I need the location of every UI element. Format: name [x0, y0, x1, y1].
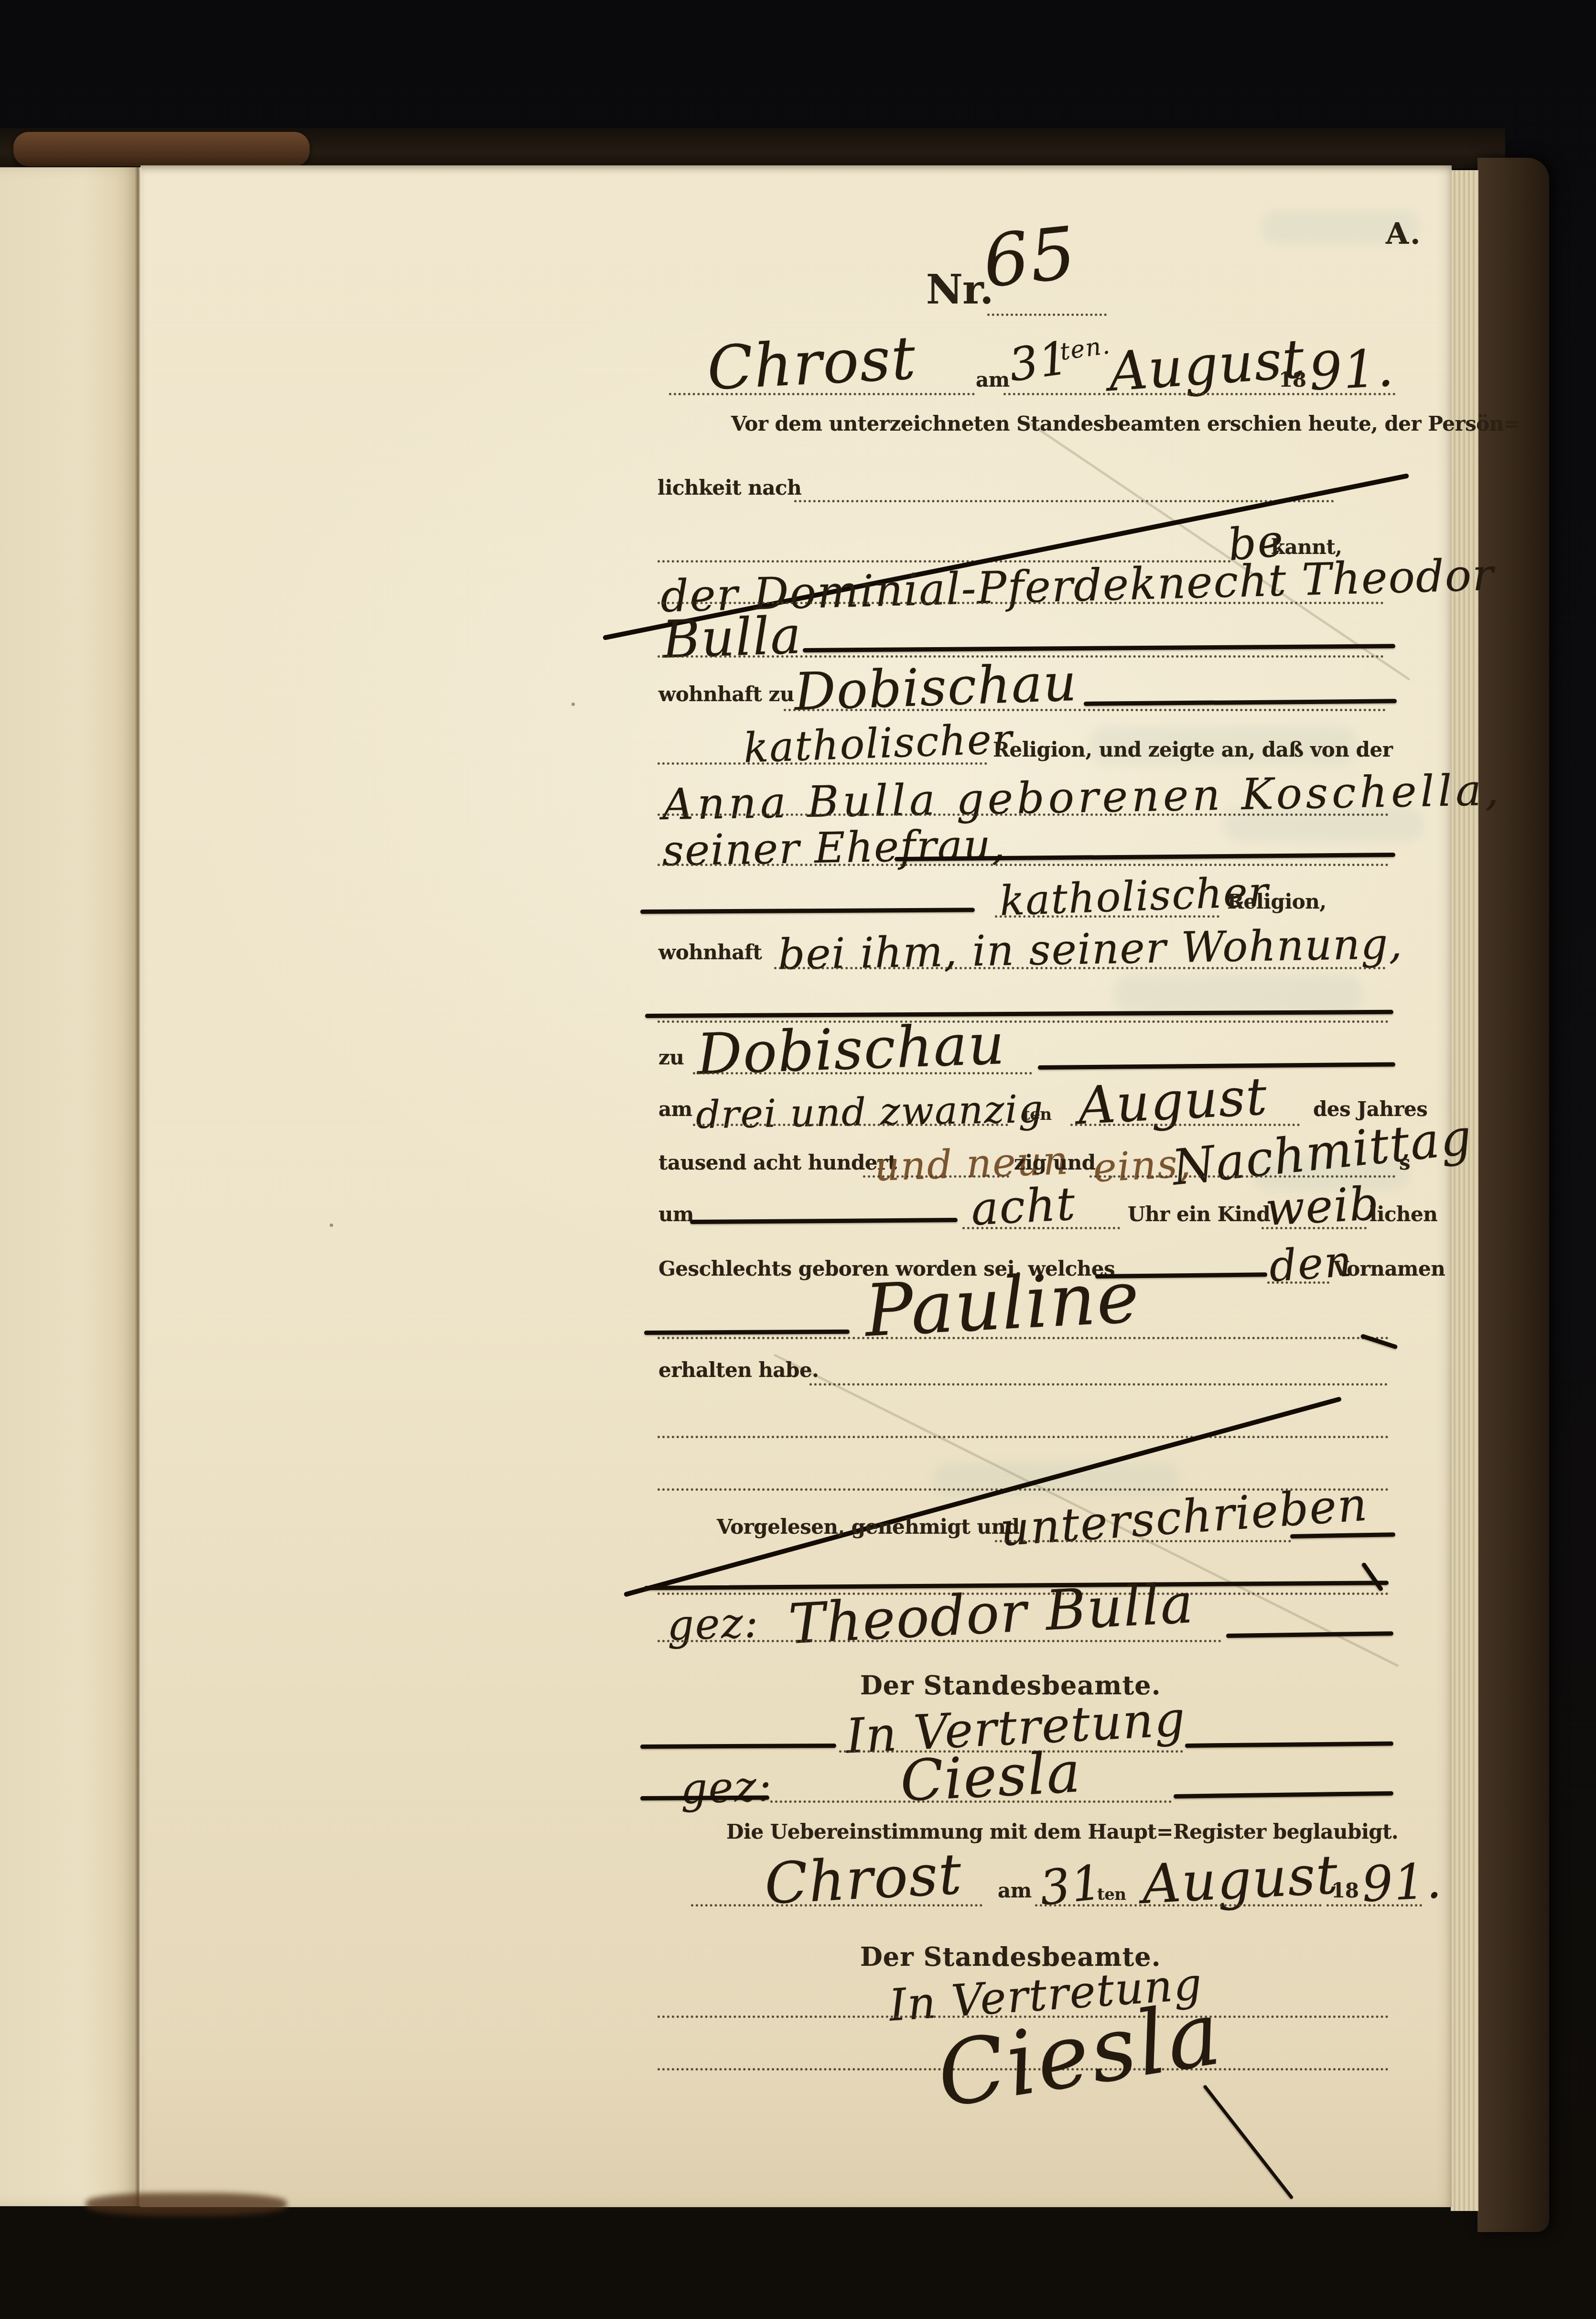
rule-line [658, 762, 987, 765]
rule-line [794, 500, 1334, 502]
record-number-value: 65 [979, 211, 1080, 303]
paper-speck [572, 703, 575, 706]
page-edge-stack [1451, 170, 1478, 2211]
time-uhr-printed: Uhr ein Kind [1128, 1203, 1270, 1226]
ink-bleed-through [932, 1463, 1180, 1496]
rule-line [693, 1124, 1008, 1126]
rule-line [995, 915, 1219, 918]
birthdate-day-entry: drei und zwanzig [695, 1087, 1044, 1138]
record-number-label: Nr. [926, 266, 993, 313]
religion-printed-1: Religion, und zeigte an, daß von der [993, 738, 1392, 761]
rule-line [693, 1072, 1032, 1074]
certification-line: Die Uebereinstimmung mit dem Haupt=Regis… [726, 1820, 1398, 1843]
scanned-birth-record-page: A. Nr. 65 Chrost am 31 ten. August 18 91… [0, 0, 1596, 2319]
certify-year-printed: 18 [1331, 1879, 1359, 1902]
certify-day-entry: 31 [1037, 1854, 1105, 1916]
intro-line-2: lichkeit nach [658, 476, 801, 499]
paper-speck [330, 1224, 333, 1227]
sex-printed-suffix: lichen [1370, 1203, 1437, 1226]
registrar-signature: Ciesla [899, 1739, 1083, 1814]
rule-line [1003, 393, 1271, 395]
page-bottom-shadow [86, 2193, 287, 2216]
intro-line-1: Vor dem unterzeichneten Standesbeamten e… [731, 412, 1521, 435]
rule-line [691, 1904, 982, 1907]
ink-bleed-through [1113, 975, 1362, 1013]
vornamen-printed: Vornamen [1333, 1257, 1445, 1280]
rule-line [658, 864, 1389, 866]
declarant-surname: Bulla [661, 606, 803, 670]
rule-line [962, 1227, 1120, 1229]
page-corner-letter: A. [1386, 216, 1422, 251]
rule-line [784, 709, 1386, 711]
closing-printed: Vorgelesen, genehmigt und [717, 1515, 1019, 1539]
year-zig-und-printed: zig und [1014, 1151, 1096, 1174]
religion-printed-2: Religion, [1227, 890, 1326, 913]
birthplace-entry: Dobischau [696, 1011, 1006, 1087]
rule-line [658, 1640, 1221, 1642]
birthdate-day-suffix: ten [1023, 1105, 1052, 1124]
binding-crease [135, 167, 142, 2206]
residence-label: wohnhaft zu [658, 683, 794, 706]
year-thousand-printed: tausend acht hundert [658, 1151, 897, 1174]
rule-line [1089, 1175, 1395, 1178]
rule-line [658, 602, 1384, 604]
rule-line [669, 393, 975, 395]
rule-line [1267, 1281, 1329, 1284]
place-entry: Chrost [706, 324, 918, 404]
rule-line [774, 967, 1386, 969]
rule-line [770, 1800, 1172, 1803]
certify-day-suffix: ten [1097, 1885, 1126, 1904]
rule-line [1326, 1904, 1422, 1907]
residence-entry: Dobischau [793, 653, 1078, 723]
rule-line [1273, 393, 1395, 395]
time-um-label: um [658, 1203, 694, 1226]
book-cover-right [1477, 158, 1549, 2232]
rule-line [1035, 1904, 1322, 1907]
residence2-label: wohnhaft [658, 941, 762, 964]
rule-line [863, 1175, 1009, 1178]
rule-line [658, 813, 1389, 816]
date-am-label: am [976, 368, 1010, 391]
rule-line [995, 1540, 1291, 1542]
rule-line [658, 1337, 1389, 1339]
daytime-printed-s: s [1399, 1151, 1410, 1174]
birthplace-label: zu [658, 1046, 684, 1069]
fill-stroke [640, 1796, 769, 1800]
rule-line [1262, 1227, 1367, 1229]
mother-relation-entry: seiner Ehefrau, [662, 820, 1006, 876]
facing-page-edge [0, 167, 140, 2206]
book-spine-leather [13, 132, 310, 166]
rule-line [1070, 1124, 1300, 1126]
rule-line [809, 1383, 1388, 1386]
received-printed: erhalten habe. [658, 1358, 819, 1382]
rule-line [658, 1436, 1389, 1438]
certify-am-label: am [998, 1879, 1032, 1902]
birthdate-am-label: am [658, 1097, 692, 1121]
gez-prefix-2: gez: [679, 1761, 773, 1814]
rule-line [987, 314, 1107, 316]
year-printed-prefix: 18 [1279, 368, 1306, 391]
